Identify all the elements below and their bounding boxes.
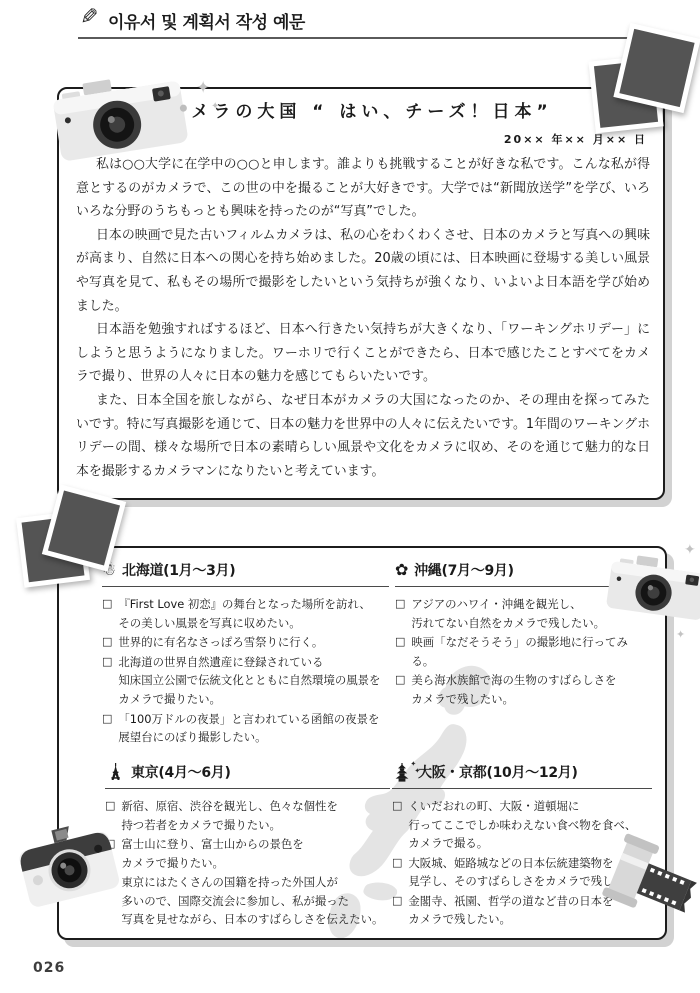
section-hokkaido-title: 北海道(1月～3月) <box>122 560 235 580</box>
section-osaka-kyoto-title: 大阪・京都(10月～12月) <box>418 762 578 782</box>
page-title: 이유서 및 계획서 작성 예문 <box>108 8 305 33</box>
checklist-item: □東京にはたくさんの国籍を持った外国人が 多いので、国際交流会に参加し、私が撮っ… <box>105 873 390 929</box>
checklist-item-text: 金閣寺、祇園、哲学の道など昔の日本を カメラで残したい。 <box>408 892 613 929</box>
letter-paragraph: 私は○○大学に在学中の○○と申します。誰よりも挑戦することが好きな私です。こんな… <box>76 153 650 224</box>
checklist-item: □北海道の世界自然遺産に登録されている 知床国立公園で伝統文化とともに自然環境の… <box>102 653 389 709</box>
section-tokyo-header: 東京(4月～6月) <box>105 762 390 789</box>
sparkle-icon: ✦ <box>211 101 219 112</box>
letter-date: 20×× 年×× 月×× 日 <box>504 131 647 147</box>
sparkle-icon: ✦ <box>196 78 210 98</box>
checklist-item: □「100万ドルの夜景」と言われている函館の夜景を 展望台にのぼり撮影したい。 <box>102 710 389 747</box>
checkbox-icon: □ <box>395 633 405 670</box>
letter-paragraph: 日本語を勉強すればするほど、日本へ行きたい気持ちが大きくなり、「ワーキングホリデ… <box>76 318 650 389</box>
checkbox-icon: □ <box>102 595 112 632</box>
section-hokkaido-header: ☃ 北海道(1月～3月) <box>102 560 389 587</box>
checklist-item: □『First Love 初恋』の舞台となった場所を訪れ、 その美しい風景を写真… <box>102 595 389 632</box>
checklist-item-text: 東京にはたくさんの国籍を持った外国人が 多いので、国際交流会に参加し、私が撮った… <box>121 873 383 929</box>
checklist-item: □くいだおれの町、大阪・道頓堀に 行ってここでしか味わえない食べ物を食べ、 カメ… <box>392 797 652 853</box>
letter-body: 私は○○大学に在学中の○○と申します。誰よりも挑戦することが好きな私です。こんな… <box>76 153 650 484</box>
tokyo-tower-icon <box>105 763 125 782</box>
hibiscus-icon: ✿ <box>395 562 408 578</box>
checklist-item-text: 新宿、原宿、渋谷を観光し、色々な個性を 持つ若者をカメラで撮りたい。 <box>121 797 337 834</box>
sparkle-icon: ✦ <box>676 628 685 641</box>
sparkle-icon: ✦ <box>414 767 420 775</box>
checkbox-icon: □ <box>392 797 402 853</box>
section-hokkaido: ☃ 北海道(1月～3月) □『First Love 初恋』の舞台となった場所を訪… <box>102 560 389 748</box>
section-hokkaido-items: □『First Love 初恋』の舞台となった場所を訪れ、 その美しい風景を写真… <box>102 595 389 747</box>
pagoda-icon: ✦ ✦ <box>392 763 412 782</box>
letter-paragraph: 日本の映画で見た古いフィルムカメラは、私の心をわくわくさせ、日本のカメラと写真へ… <box>76 224 650 318</box>
checklist-item: □美ら海水族館で海の生物のすばらしさを カメラで残したい。 <box>395 671 643 708</box>
checklist-item-text: アジアのハワイ・沖縄を観光し、 汚れてない自然をカメラで残したい。 <box>411 595 605 632</box>
section-tokyo-title: 東京(4月～6月) <box>131 762 231 782</box>
section-osaka-kyoto-header: ✦ ✦ 大阪・京都(10月～12月) <box>392 762 652 789</box>
checklist-item-text: 世界的に有名なさっぽろ雪祭りに行く。 <box>118 633 323 652</box>
sparkle-icon: ✦ <box>684 542 696 558</box>
book-page: ✎ 이유서 및 계획서 작성 예문 カメラの大国 “ はい、チーズ！日本” 20… <box>0 0 700 993</box>
checkbox-icon: □ <box>395 595 405 632</box>
checkbox-icon: □ <box>102 653 112 709</box>
pencil-icon: ✎ <box>80 5 98 30</box>
checklist-item: □新宿、原宿、渋谷を観光し、色々な個性を 持つ若者をカメラで撮りたい。 <box>105 797 390 834</box>
section-tokyo-items: □新宿、原宿、渋谷を観光し、色々な個性を 持つ若者をカメラで撮りたい。□富士山に… <box>105 797 390 929</box>
section-okinawa-title: 沖縄(7月～9月) <box>414 560 514 580</box>
photo-frame <box>613 23 700 113</box>
checklist-item: □世界的に有名なさっぽろ雪祭りに行く。 <box>102 633 389 652</box>
page-number: 026 <box>33 960 65 976</box>
checklist-item-text: 映画「なだそうそう」の撮影地に行ってみる。 <box>411 633 643 670</box>
checklist-item-text: 美ら海水族館で海の生物のすばらしさを カメラで残したい。 <box>411 671 616 708</box>
checklist-item: □富士山に登り、富士山からの景色を カメラで撮りたい。 <box>105 835 390 872</box>
checkbox-icon: □ <box>102 633 112 652</box>
checklist-item: □映画「なだそうそう」の撮影地に行ってみる。 <box>395 633 643 670</box>
checklist-item-text: 『First Love 初恋』の舞台となった場所を訪れ、 その美しい風景を写真に… <box>118 595 370 632</box>
section-tokyo: 東京(4月～6月) □新宿、原宿、渋谷を観光し、色々な個性を 持つ若者をカメラで… <box>105 762 390 930</box>
header-divider <box>78 37 660 39</box>
plan-card: ☃ 北海道(1月～3月) □『First Love 初恋』の舞台となった場所を訪… <box>57 546 667 940</box>
letter-paragraph: また、日本全国を旅しながら、なぜ日本がカメラの大国になったのか、その理由を探って… <box>76 389 650 483</box>
checkbox-icon: □ <box>395 671 405 708</box>
checklist-item-text: 北海道の世界自然遺産に登録されている 知床国立公園で伝統文化とともに自然環境の風… <box>118 653 380 709</box>
checkbox-icon: □ <box>102 710 112 747</box>
checklist-item-text: くいだおれの町、大阪・道頓堀に 行ってここでしか味わえない食べ物を食べ、 カメラ… <box>408 797 636 853</box>
checklist-item-text: 「100万ドルの夜景」と言われている函館の夜景を 展望台にのぼり撮影したい。 <box>118 710 379 747</box>
checkbox-icon: □ <box>392 892 402 929</box>
checkbox-icon: □ <box>392 854 402 891</box>
checklist-item-text: 富士山に登り、富士山からの景色を カメラで撮りたい。 <box>121 835 303 872</box>
